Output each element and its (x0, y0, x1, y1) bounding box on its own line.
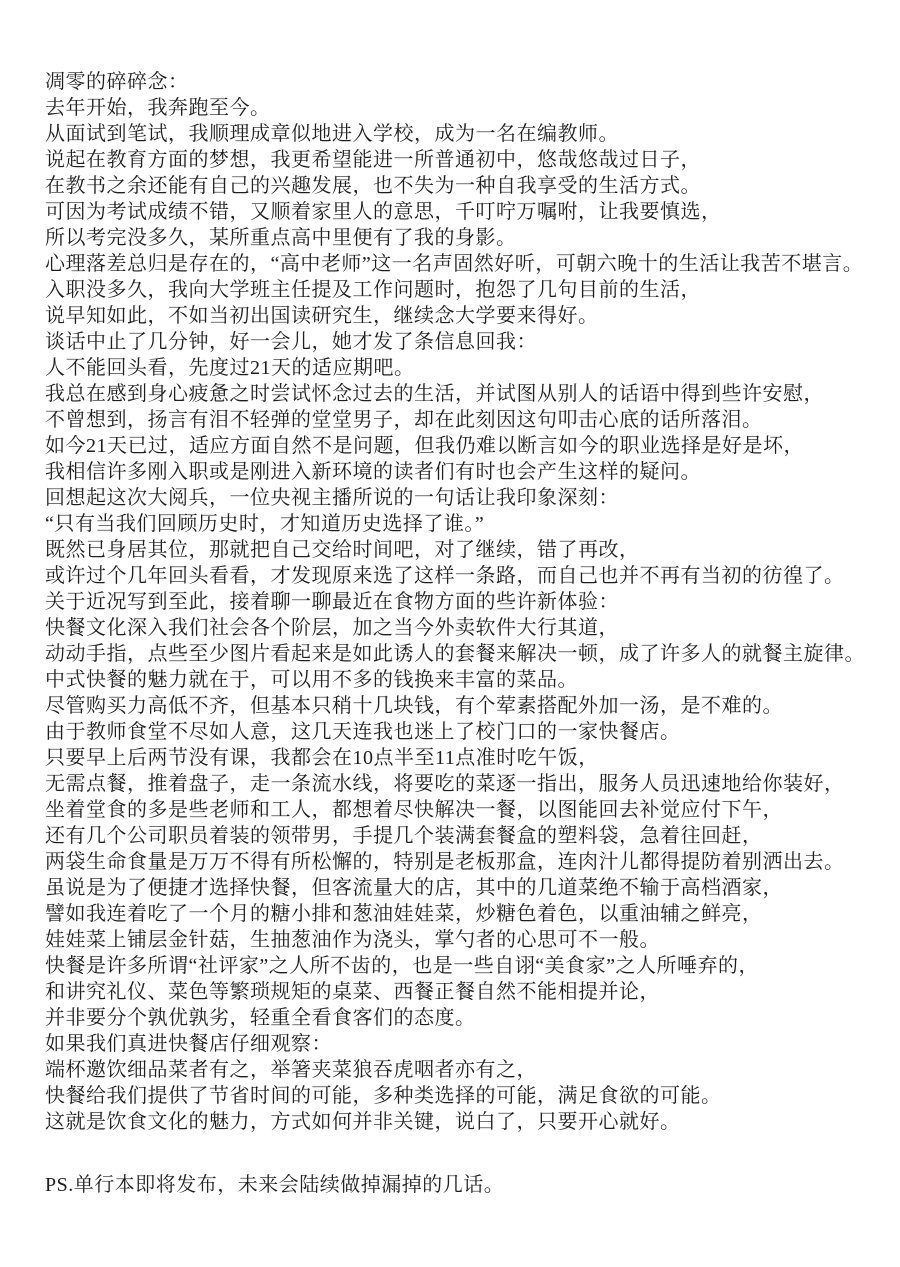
text-line: 快餐文化深入我们社会各个阶层，加之当今外卖软件大行其道， (45, 615, 880, 641)
text-line: “只有当我们回顾历史时，才知道历史选择了谁。” (45, 511, 880, 537)
text-lines: 凋零的碎碎念：去年开始，我奔跑至今。从面试到笔试，我顺理成章似地进入学校，成为一… (45, 69, 880, 1135)
text-line: 虽说是为了便捷才选择快餐，但客流量大的店，其中的几道菜绝不输于高档酒家， (45, 875, 880, 901)
text-line: 入职没多久，我向大学班主任提及工作问题时，抱怨了几句目前的生活， (45, 277, 880, 303)
text-line: 或许过个几年回头看看，才发现原来选了这样一条路，而自己也并不再有当初的彷徨了。 (45, 563, 880, 589)
document-page: 凋零的碎碎念：去年开始，我奔跑至今。从面试到笔试，我顺理成章似地进入学校，成为一… (0, 0, 900, 1267)
text-line: 从面试到笔试，我顺理成章似地进入学校，成为一名在编教师。 (45, 121, 880, 147)
text-line: 尽管购买力高低不齐，但基本只稍十几块钱，有个荤素搭配外加一汤，是不难的。 (45, 693, 880, 719)
text-line: 快餐给我们提供了节省时间的可能，多种类选择的可能，满足食欲的可能。 (45, 1083, 880, 1109)
text-line: 和讲究礼仪、菜色等繁琐规矩的桌菜、西餐正餐自然不能相提并论， (45, 979, 880, 1005)
text-line: 这就是饮食文化的魅力，方式如何并非关键，说白了，只要开心就好。 (45, 1109, 880, 1135)
text-line: 并非要分个孰优孰劣，轻重全看食客们的态度。 (45, 1005, 880, 1031)
text-line: 凋零的碎碎念： (45, 69, 880, 95)
ps-note: PS.单行本即将发布，未来会陆续做掉漏掉的几话。 (45, 1172, 880, 1198)
text-line: 只要早上后两节没有课，我都会在10点半至11点准时吃午饭， (45, 745, 880, 771)
text-line: 我总在感到身心疲惫之时尝试怀念过去的生活，并试图从别人的话语中得到些许安慰， (45, 381, 880, 407)
text-line: 动动手指，点些至少图片看起来是如此诱人的套餐来解决一顿，成了许多人的就餐主旋律。 (45, 641, 880, 667)
text-line: 关于近况写到至此，接着聊一聊最近在食物方面的些许新体验： (45, 589, 880, 615)
text-line: 不曾想到，扬言有泪不轻弹的堂堂男子，却在此刻因这句叩击心底的话所落泪。 (45, 407, 880, 433)
text-line: 快餐是许多所谓“社评家”之人所不齿的，也是一些自诩“美食家”之人所唾弃的， (45, 953, 880, 979)
text-line: 既然已身居其位，那就把自己交给时间吧，对了继续，错了再改， (45, 537, 880, 563)
text-line: 谈话中止了几分钟，好一会儿，她才发了条信息回我： (45, 329, 880, 355)
text-line: 所以考完没多久，某所重点高中里便有了我的身影。 (45, 225, 880, 251)
text-line: 还有几个公司职员着装的领带男，手提几个装满套餐盒的塑料袋，急着往回赶， (45, 823, 880, 849)
text-line: 回想起这次大阅兵，一位央视主播所说的一句话让我印象深刻： (45, 485, 880, 511)
text-line: 端杯邀饮细品菜者有之，举箸夹菜狼吞虎咽者亦有之， (45, 1057, 880, 1083)
text-line: 心理落差总归是存在的，“高中老师”这一名声固然好听，可朝六晚十的生活让我苦不堪言… (45, 251, 880, 277)
text-line: 在教书之余还能有自己的兴趣发展，也不失为一种自我享受的生活方式。 (45, 173, 880, 199)
text-line: 我相信许多刚入职或是刚进入新环境的读者们有时也会产生这样的疑问。 (45, 459, 880, 485)
text-line: 无需点餐，推着盘子，走一条流水线，将要吃的菜逐一指出，服务人员迅速地给你装好， (45, 771, 880, 797)
text-line: 可因为考试成绩不错，又顺着家里人的意思，千叮咛万嘱咐，让我要慎选， (45, 199, 880, 225)
text-line: 中式快餐的魅力就在于，可以用不多的钱换来丰富的菜品。 (45, 667, 880, 693)
text-line: 说早知如此，不如当初出国读研究生，继续念大学要来得好。 (45, 303, 880, 329)
text-line: 坐着堂食的多是些老师和工人，都想着尽快解决一餐，以图能回去补觉应付下午， (45, 797, 880, 823)
text-line: 说起在教育方面的梦想，我更希望能进一所普通初中，悠哉悠哉过日子， (45, 147, 880, 173)
text-line: 譬如我连着吃了一个月的糖小排和葱油娃娃菜，炒糖色着色，以重油辅之鲜亮， (45, 901, 880, 927)
text-line: 两袋生命食量是万万不得有所松懈的，特别是老板那盒，连肉汁儿都得提防着别洒出去。 (45, 849, 880, 875)
text-line: 如果我们真进快餐店仔细观察： (45, 1031, 880, 1057)
text-line: 由于教师食堂不尽如人意，这几天连我也迷上了校门口的一家快餐店。 (45, 719, 880, 745)
text-line: 娃娃菜上铺层金针菇，生抽葱油作为浇头，掌勺者的心思可不一般。 (45, 927, 880, 953)
text-line: 去年开始，我奔跑至今。 (45, 95, 880, 121)
text-line: 人不能回头看，先度过21天的适应期吧。 (45, 355, 880, 381)
text-line: 如今21天已过，适应方面自然不是问题，但我仍难以断言如今的职业选择是好是坏， (45, 433, 880, 459)
